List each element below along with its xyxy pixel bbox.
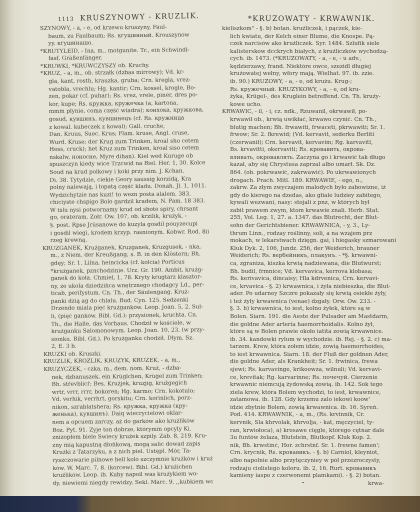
page-edge-shadow [412, 0, 420, 496]
text-line: die goldne Ader, als Krankheit; Sr. 1. f… [222, 359, 396, 367]
text-line: ader. Po udarney Szczre pokazały się krw… [222, 291, 396, 299]
text-line: nik, Bh. krwstinć, Hor. zchrstnf. Sr. 1.… [222, 443, 396, 451]
text-line: krwawnic niemcują żydowską zowią. ib. 14… [222, 382, 396, 390]
text-line: die goldne Ader arteria haemorrhoidalis.… [222, 322, 396, 330]
text-line: i też żyły krwawnica (venae) dzgały. Orw… [222, 299, 396, 307]
text-line: kieliszkom" - §. b) botan. krużliczek, i… [222, 26, 396, 34]
text-line: Bolen. Siarn. 191. die Aeste der Pulsade… [222, 314, 396, 322]
text-line: KRWAWIĆ, - il, - i, cz. ndk., Rzuwanil, … [222, 109, 396, 117]
text-line: zabit prawem zwym, ktom krwawie znali. H… [222, 208, 396, 216]
dictionary-page: 1113KRUSZYNOWY - KRUZLIK. *KRUZOWATY - K… [0, 0, 420, 496]
left-running-head: 1113KRUSZYNOWY - KRUZLIK. [58, 11, 200, 23]
right-running-head: *KRUZOWATY - KRWAWNIK. [248, 14, 375, 23]
text-line: ib. 34. kandowki rylum w wychodzie. ib. … [222, 337, 396, 345]
text-line: Crn. krycnik, Rs. кровавикъ. - §. b) Car… [222, 450, 396, 458]
text-line: krwawił ob., krwią uwikłać, krwawo czyni… [222, 117, 396, 125]
text-line: Pod. 414. KRWAWNIK, - a, m., (Rs. krvinn… [222, 412, 396, 420]
text-line: Rs. kerivavica, dincaisy; Hla kdrvenica,… [222, 276, 396, 284]
text-line: zakrw. Za złym zwyczajem malodych było z… [222, 185, 396, 193]
text-line: gdy do kierego na dzedas, ako głiale lud… [222, 193, 396, 201]
text-line: Bh. budil, frmnice; Vd. kervavica, kerro… [222, 269, 396, 277]
page-number: 1113 [58, 17, 74, 23]
text-line: 864. (ob. pokrwawić, zakrwawić). Po ukrw… [222, 170, 396, 178]
text-line: kalisterskow dcckrych białych, z krużlic… [222, 49, 396, 57]
text-line: czek narcisów ako krużliczek. Syr. 1484.… [222, 41, 396, 49]
text-line: lich kwiatu, der Kelch einer Blume, die … [222, 34, 396, 42]
text-line: to iest krwawnica. Siarn. 18. der Fluß d… [222, 352, 396, 360]
text-line: rodzaju ciolistego koloru. ib. 2, 16. Ru… [222, 466, 396, 474]
text-line: kywali wezwani, nasy: stojali z pnz, w k… [222, 200, 396, 208]
text-line: kamieny iaspo z czerwonemi plamkami). - … [222, 473, 396, 481]
text-line: idzie zbytnie Bolem, zowią krwawnica. ib… [222, 405, 396, 413]
right-text-column: kieliszkom" - §. b) botan. krużliczek, i… [222, 26, 396, 488]
text-line: cych. ib. 1473. (*KRUZOWATY, - a, - e, -… [222, 56, 396, 64]
text-line: kędzierzawy, frand. Niektóre owce, szezi… [222, 64, 396, 72]
text-line: albo napolnie albo przytęczyniey w pół p… [222, 458, 396, 466]
text-line: drogach. Prach. Mitl. 189. KRWAWIE, - eg… [222, 178, 396, 186]
text-line: sjewi; Rs. karvavinge, krikoowza, wilnul… [222, 367, 396, 375]
text-line: kazał, aby się Chrystusa zaprzal albo um… [222, 162, 396, 170]
desk-background-strip [0, 496, 420, 512]
text-line: kowe ucho. [222, 102, 396, 110]
text-line: które są w Bolen prawie około iatita zow… [222, 329, 396, 337]
page-mark [302, 482, 304, 483]
text-line: kervnik, Sla khrvolak, khrvolja, - kat, … [222, 420, 396, 428]
text-line: tarzem. Krew, która zołem idzie, zowią h… [222, 344, 396, 352]
text-line: Weiderich; Rs. вербейникъ, плакунъ. - *§… [222, 253, 396, 261]
text-line: krwa- [222, 481, 396, 489]
text-line: Bs. krvavitti, okervaviti; Rs. кровавить… [222, 147, 396, 155]
text-line: ran, krwiołoca), a) krosawe cięgle, któr… [222, 428, 396, 436]
text-line: thrum Linn., rodzay roślinny, soli, a na… [222, 231, 396, 239]
text-line: zatamowa. ib. 128. Gdy krzemu zalo iekow… [222, 397, 396, 405]
text-line: 3u funtów želaza, Blutstein, Blutkopf. K… [222, 435, 396, 443]
text-line: §. 3. b) krwawnica, to iest, kolno żyłek… [222, 306, 396, 314]
book-gutter-shadow [0, 0, 14, 496]
text-line: sohn der Gerichtsbiener. KRWAWNICA, - y,… [222, 223, 396, 231]
text-line: żyka, Krügel-, des Kruglein betreffend. … [222, 94, 396, 102]
text-line: ca, zgraniza, kiszka krwią nadziewana, d… [222, 261, 396, 269]
text-line: dy, niewiemi niegdy rewidzy. Sekl. Marc.… [45, 479, 213, 488]
text-line: (czerwanił); Crn. kervavit, kervavim; Rg… [222, 140, 396, 148]
text-line: blutig machen; Bh. frwawiti, frwaceti, p… [222, 125, 396, 133]
left-running-head-text: KRUSZYNOWY - KRUZLIK. [80, 11, 200, 23]
text-line: ce, krvavica - §. 2) krwawnica, i żyła n… [222, 284, 396, 292]
text-line: krużowatej wełny, wfory mają. Wielhat. 9… [222, 71, 396, 79]
text-line: frwow; Sr. 2. fkrewid; (Vd. kervavit, se… [222, 132, 396, 140]
text-line: ce, krevitak; Rg. karvarinne; Rs. почечу… [222, 375, 396, 383]
text-line: ib. 90.) KRUŻOWY, - a, - e, od krużu. Kr… [222, 79, 396, 87]
text-line: Rs. кружечный. KRUŻYKOWY, - a, - e, od k… [222, 87, 396, 95]
text-line: mokach, w lekarstwach dzięgn. gai, i hie… [222, 238, 396, 246]
text-line: ziela krew, która Bolem wychodzi, to ies… [222, 390, 396, 398]
text-line: Kluk Dyk. 2, 106, Jundz. 256, der Weider… [222, 246, 396, 254]
left-text-column: SZYNOWY, - a, - e, od krzewu kruszyny, F… [40, 24, 213, 488]
text-line: 255, Vol. Leg. 1, 27. a. 1347. das Blutr… [222, 215, 396, 223]
text-line: вливать, окровавлять. Zaczyna go i krwaw… [222, 155, 396, 163]
